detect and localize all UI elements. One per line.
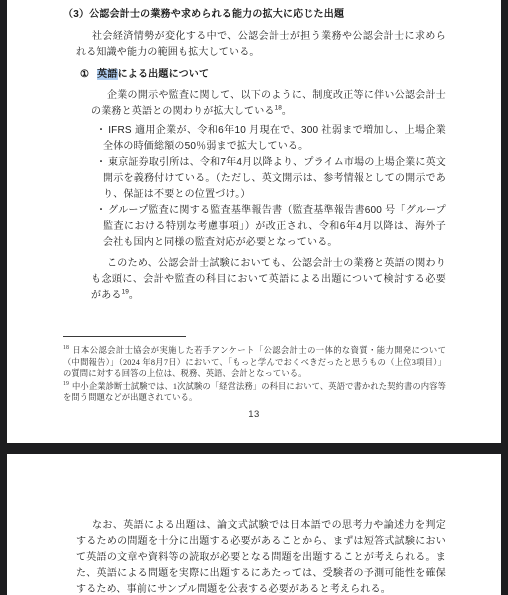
body-paragraph: なお、英語による出題は、論文式試験では日本語での思考力や論述力を判定するための問… bbox=[76, 518, 446, 595]
document-page-13: （3）公認会計士の業務や求められる能力の拡大に応じた出題 社会経済情勢が変化する… bbox=[7, 0, 501, 443]
paragraph-text: 企業の開示や監査に関して、以下のように、制度改正等に伴い公認会計士の業務と英語と… bbox=[91, 90, 446, 117]
list-item: ・IFRS 適用企業が、令和6年10 月現在で、300 社弱まで増加し、上場企業… bbox=[96, 123, 446, 155]
body-paragraph: 企業の開示や監査に関して、以下のように、制度改正等に伴い公認会計士の業務と英語と… bbox=[91, 88, 446, 120]
footnote-number: 19 bbox=[63, 381, 69, 387]
bullet-text: グループ監査に関する監査基準報告書（監査基準報告書600 号「グループ監査におけ… bbox=[103, 205, 446, 248]
page-number: 13 bbox=[7, 409, 501, 420]
item-number: ① bbox=[80, 69, 89, 80]
page-13-content: （3）公認会計士の業務や求められる能力の拡大に応じた出題 社会経済情勢が変化する… bbox=[7, 0, 501, 404]
bullet-text: 東京証券取引所は、令和7年4月以降より、プライム市場の上場企業に英文開示を義務付… bbox=[103, 157, 446, 200]
bullet-text: IFRS 適用企業が、令和6年10 月現在で、300 社弱まで増加し、上場企業全… bbox=[103, 125, 446, 152]
footnote-text: 中小企業診断士試験では、1次試験の「経営法務」の科目において、英語で書かれた契約… bbox=[63, 382, 446, 403]
footnote: 19中小企業診断士試験では、1次試験の「経営法務」の科目において、英語で書かれた… bbox=[63, 381, 446, 404]
footnote-ref-18: 18 bbox=[275, 105, 282, 112]
paragraph-text: このため、公認会計士試験においても、公認会計士の業務と英語の関わりも念頭に、会計… bbox=[91, 258, 446, 301]
section-heading: （3）公認会計士の業務や求められる能力の拡大に応じた出題 bbox=[63, 7, 446, 23]
pdf-viewer: （3）公認会計士の業務や求められる能力の拡大に応じた出題 社会経済情勢が変化する… bbox=[0, 0, 508, 595]
list-item: ・東京証券取引所は、令和7年4月以降より、プライム市場の上場企業に英文開示を義務… bbox=[96, 155, 446, 203]
footnote-separator bbox=[63, 336, 186, 337]
paragraph-period: 。 bbox=[282, 106, 292, 117]
footnote-number: 18 bbox=[63, 345, 69, 351]
footnote-ref-19: 19 bbox=[122, 289, 129, 296]
bullet-list: ・IFRS 適用企業が、令和6年10 月現在で、300 社弱まで増加し、上場企業… bbox=[63, 123, 446, 251]
item-title-text: による出題について bbox=[118, 69, 210, 80]
footnote: 18日本公認会計士協会が実施した若手アンケート「公認会計士の一体的な資質・能力開… bbox=[63, 345, 446, 380]
intro-paragraph: 社会経済情勢が変化する中で、公認会計士が担う業務や公認会計士に求められる知識や能… bbox=[76, 29, 446, 61]
bullet-icon: ・ bbox=[96, 157, 108, 168]
list-item: ・グループ監査に関する監査基準報告書（監査基準報告書600 号「グループ監査にお… bbox=[96, 203, 446, 251]
item-1-title: ①英語による出題について bbox=[80, 67, 446, 83]
footnote-area: 18日本公認会計士協会が実施した若手アンケート「公認会計士の一体的な資質・能力開… bbox=[63, 336, 446, 404]
footnote-text: 日本公認会計士協会が実施した若手アンケート「公認会計士の一体的な資質・能力開発に… bbox=[63, 346, 446, 378]
paragraph-period: 。 bbox=[129, 290, 139, 301]
search-highlight: 英語 bbox=[97, 69, 117, 80]
document-page-14: なお、英語による出題は、論文式試験では日本語での思考力や論述力を判定するための問… bbox=[7, 454, 501, 595]
bullet-icon: ・ bbox=[96, 205, 108, 216]
body-paragraph: このため、公認会計士試験においても、公認会計士の業務と英語の関わりも念頭に、会計… bbox=[91, 256, 446, 304]
bullet-icon: ・ bbox=[96, 125, 108, 136]
